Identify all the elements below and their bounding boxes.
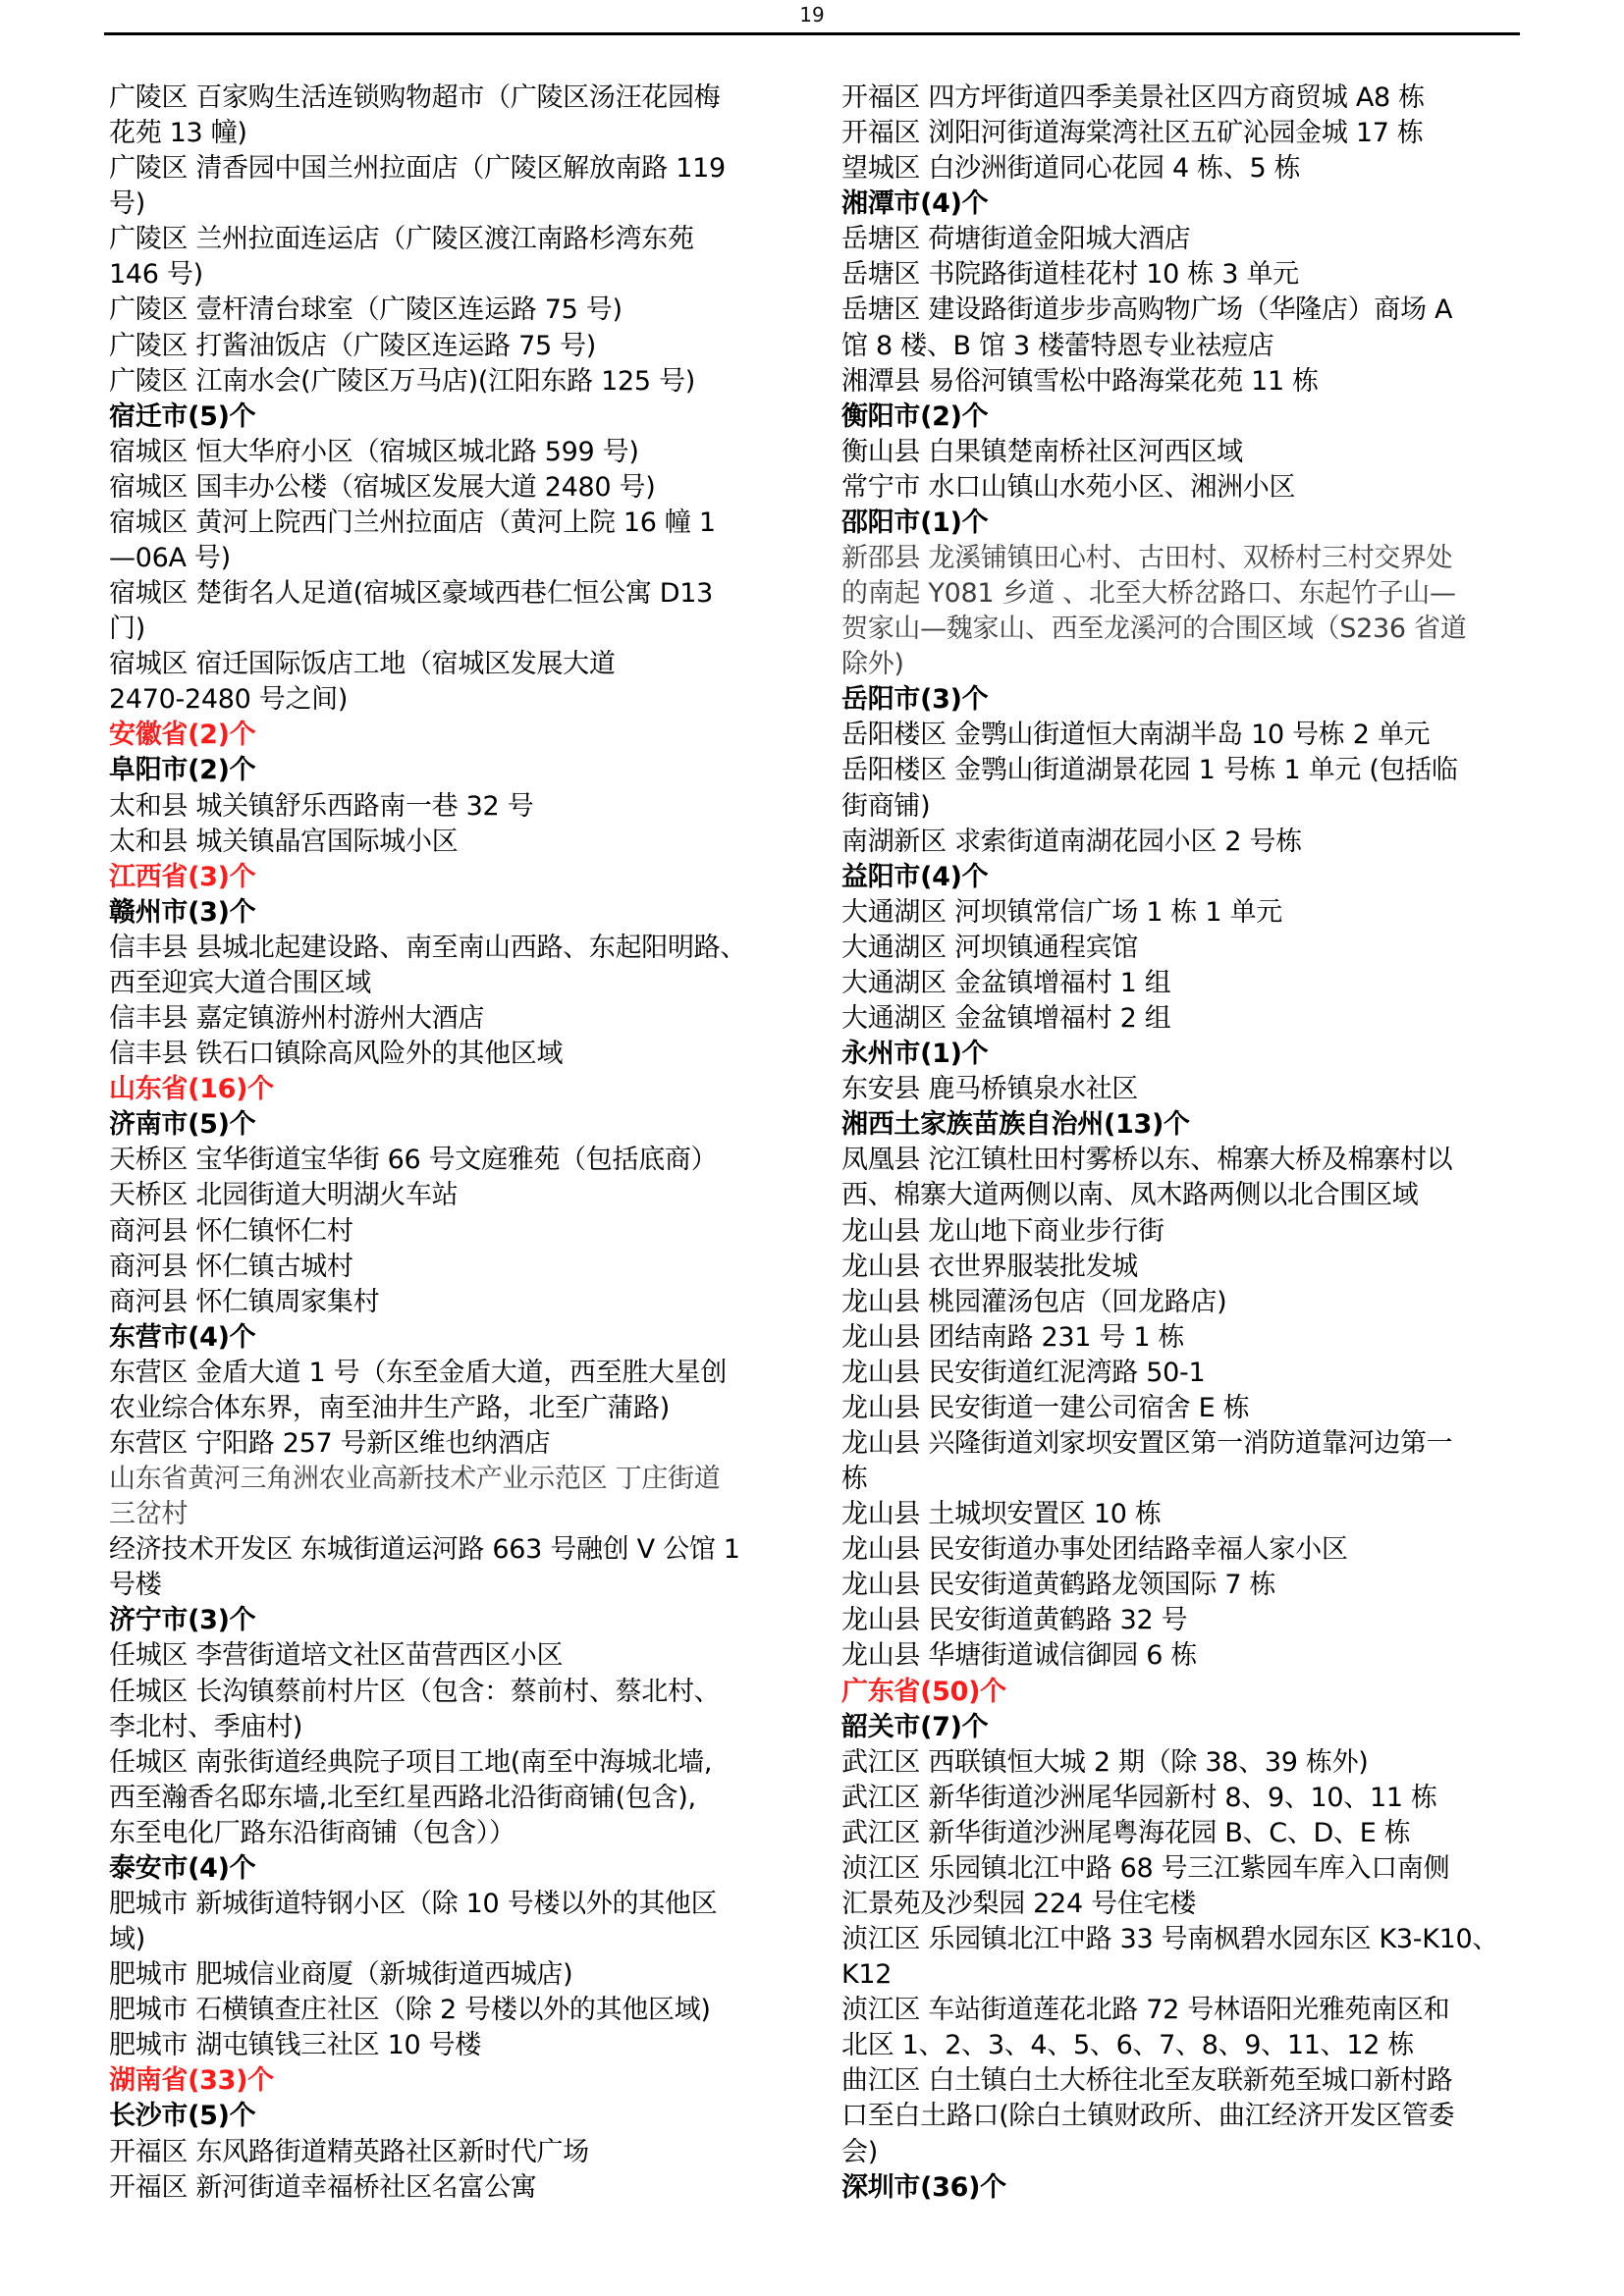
province-heading-line: 广东省(50)个 <box>841 1675 1548 1710</box>
city-heading-line: 永州市(1)个 <box>841 1037 1548 1072</box>
location-entry-line: 门) <box>109 612 816 647</box>
city-heading: 深圳市(36)个 <box>841 2170 1548 2206</box>
location-entry: 龙山县 桃园灌汤包店（回龙路店) <box>841 1285 1548 1320</box>
location-entry-line: 商河县 怀仁镇周家集村 <box>109 1285 816 1320</box>
location-entry: 商河县 怀仁镇怀仁村 <box>109 1214 816 1250</box>
location-entry-line: 街商铺) <box>841 789 1548 825</box>
location-entry: 龙山县 民安街道黄鹤路龙领国际 7 栋 <box>841 1568 1548 1603</box>
location-entry: 岳塘区 建设路街道步步高购物广场（华隆店）商场 A馆 8 楼、B 馆 3 楼蕾特… <box>841 293 1548 363</box>
location-entry: 岳阳楼区 金鹗山街道恒大南湖半岛 10 号栋 2 单元 <box>841 718 1548 753</box>
location-entry-line: 信丰县 嘉定镇游州村游州大酒店 <box>109 1001 816 1037</box>
location-entry-line: 广陵区 打酱油饭店（广陵区连运路 75 号) <box>109 329 816 364</box>
city-heading-line: 韶关市(7)个 <box>841 1710 1548 1745</box>
city-heading: 阜阳市(2)个 <box>109 753 816 788</box>
location-entry: 太和县 城关镇晶宫国际城小区 <box>109 825 816 860</box>
location-entry-line: 岳塘区 书院路街道桂花村 10 栋 3 单元 <box>841 257 1548 293</box>
city-heading-line: 岳阳市(3)个 <box>841 682 1548 718</box>
location-entry-line: K12 <box>841 1957 1548 1993</box>
city-heading-line: 湘潭市(4)个 <box>841 187 1548 222</box>
city-heading-line: 邵阳市(1)个 <box>841 506 1548 541</box>
location-entry-line: 天桥区 北园街道大明湖火车站 <box>109 1178 816 1213</box>
city-heading-line: 赣州市(3)个 <box>109 895 816 931</box>
location-entry-line: —06A 号) <box>109 541 816 576</box>
location-entry: 龙山县 华塘街道诚信御园 6 栋 <box>841 1638 1548 1674</box>
location-entry-line: 西、棉寨大道两侧以南、凤木路两侧以北合围区域 <box>841 1178 1548 1213</box>
location-entry-line: 宿城区 恒大华府小区（宿城区城北路 599 号) <box>109 435 816 470</box>
location-entry: 凤凰县 沱江镇杜田村雾桥以东、棉寨大桥及棉寨村以西、棉寨大道两侧以南、凤木路两侧… <box>841 1143 1548 1213</box>
location-entry-line: 宿城区 宿迁国际饭店工地（宿城区发展大道 <box>109 647 816 682</box>
city-heading: 益阳市(4)个 <box>841 860 1548 895</box>
location-entry: 岳塘区 书院路街道桂花村 10 栋 3 单元 <box>841 257 1548 293</box>
city-heading-line: 阜阳市(2)个 <box>109 753 816 788</box>
location-entry-line: 肥城市 湖屯镇钱三社区 10 号楼 <box>109 2028 816 2063</box>
location-entry: 龙山县 衣世界服装批发城 <box>841 1250 1548 1285</box>
location-entry: 岳阳楼区 金鹗山街道湖景花园 1 号栋 1 单元 (包括临街商铺) <box>841 753 1548 824</box>
location-entry-line: 开福区 四方坪街道四季美景社区四方商贸城 A8 栋 <box>841 80 1548 116</box>
location-entry-line: 岳阳楼区 金鹗山街道湖景花园 1 号栋 1 单元 (包括临 <box>841 753 1548 788</box>
location-entry-line: 栋 <box>841 1462 1548 1497</box>
location-entry-line: 除外) <box>841 647 1548 682</box>
location-entry-line: 开福区 新河街道幸福桥社区名富公寓 <box>109 2170 816 2206</box>
location-entry-line: 龙山县 兴隆街道刘家坝安置区第一消防道靠河边第一 <box>841 1426 1548 1462</box>
location-entry-line: 任城区 南张街道经典院子项目工地(南至中海城北墙, <box>109 1745 816 1781</box>
city-heading: 湘西土家族苗族自治州(13)个 <box>841 1107 1548 1143</box>
location-entry-line: 花苑 13 幢) <box>109 116 816 151</box>
location-entry-line: 武江区 西联镇恒大城 2 期（除 38、39 栋外) <box>841 1745 1548 1781</box>
location-entry-line: 商河县 怀仁镇古城村 <box>109 1250 816 1285</box>
location-entry-line: 汇景苑及沙梨园 224 号住宅楼 <box>841 1887 1548 1922</box>
location-entry: 广陵区 打酱油饭店（广陵区连运路 75 号) <box>109 329 816 364</box>
location-entry-line: 龙山县 民安街道办事处团结路幸福人家小区 <box>841 1532 1548 1568</box>
city-heading: 济宁市(3)个 <box>109 1603 816 1638</box>
city-heading-line: 衡阳市(2)个 <box>841 400 1548 435</box>
location-entry-line: 会) <box>841 2135 1548 2170</box>
location-entry: 龙山县 土城坝安置区 10 栋 <box>841 1497 1548 1532</box>
location-entry-line: 域) <box>109 1922 816 1957</box>
location-entry-line: 西至迎宾大道合围区域 <box>109 966 816 1001</box>
page-number: 19 <box>0 2 1624 27</box>
city-heading: 邵阳市(1)个 <box>841 506 1548 541</box>
location-entry: 广陵区 清香园中国兰州拉面店（广陵区解放南路 119号) <box>109 151 816 222</box>
location-entry-line: 146 号) <box>109 257 816 293</box>
location-entry: 宿城区 恒大华府小区（宿城区城北路 599 号) <box>109 435 816 470</box>
province-heading-line: 江西省(3)个 <box>109 860 816 895</box>
location-entry: 湘潭县 易俗河镇雪松中路海棠花苑 11 栋 <box>841 364 1548 400</box>
location-entry-line: 岳阳楼区 金鹗山街道恒大南湖半岛 10 号栋 2 单元 <box>841 718 1548 753</box>
location-entry-line: 东安县 鹿马桥镇泉水社区 <box>841 1072 1548 1107</box>
location-entry-line: 口至白土路口(除白土镇财政所、曲江经济开发区管委 <box>841 2099 1548 2134</box>
location-entry-line: 肥城市 石横镇查庄社区（除 2 号楼以外的其他区域) <box>109 1993 816 2028</box>
location-entry: 任城区 长沟镇蔡前村片区（包含：蔡前村、蔡北村、李北村、季庙村) <box>109 1675 816 1745</box>
location-entry: 开福区 浏阳河街道海棠湾社区五矿沁园金城 17 栋 <box>841 116 1548 151</box>
location-entry-line: 龙山县 民安街道黄鹤路 32 号 <box>841 1603 1548 1638</box>
location-entry-line: 大通湖区 金盆镇增福村 1 组 <box>841 966 1548 1001</box>
province-heading: 湖南省(33)个 <box>109 2063 816 2099</box>
location-entry: 浈江区 乐园镇北江中路 68 号三江紫园车库入口南侧汇景苑及沙梨园 224 号住… <box>841 1851 1548 1922</box>
location-entry-line: 广陵区 江南水会(广陵区万马店)(江阳东路 125 号) <box>109 364 816 400</box>
location-entry: 龙山县 民安街道黄鹤路 32 号 <box>841 1603 1548 1638</box>
province-heading: 安徽省(2)个 <box>109 718 816 753</box>
city-heading-line: 济宁市(3)个 <box>109 1603 816 1638</box>
location-entry-line: 岳塘区 建设路街道步步高购物广场（华隆店）商场 A <box>841 293 1548 328</box>
location-entry: 广陵区 壹杆清台球室（广陵区连运路 75 号) <box>109 293 816 328</box>
location-entry: 龙山县 民安街道红泥湾路 50-1 <box>841 1356 1548 1391</box>
location-entry: 商河县 怀仁镇周家集村 <box>109 1285 816 1320</box>
location-entry: 岳塘区 荷塘街道金阳城大酒店 <box>841 222 1548 257</box>
location-entry-line: 任城区 李营街道培文社区苗营西区小区 <box>109 1638 816 1674</box>
location-entry: 开福区 四方坪街道四季美景社区四方商贸城 A8 栋 <box>841 80 1548 116</box>
location-entry: 大通湖区 河坝镇通程宾馆 <box>841 931 1548 966</box>
location-entry: 武江区 西联镇恒大城 2 期（除 38、39 栋外) <box>841 1745 1548 1781</box>
location-entry-line: 武江区 新华街道沙洲尾粤海花园 B、C、D、E 栋 <box>841 1816 1548 1851</box>
location-entry-line: 龙山县 华塘街道诚信御园 6 栋 <box>841 1638 1548 1674</box>
city-heading: 衡阳市(2)个 <box>841 400 1548 435</box>
city-heading: 宿迁市(5)个 <box>109 400 816 435</box>
location-entry-line: 龙山县 桃园灌汤包店（回龙路店) <box>841 1285 1548 1320</box>
province-heading-line: 安徽省(2)个 <box>109 718 816 753</box>
city-heading: 永州市(1)个 <box>841 1037 1548 1072</box>
location-entry-line: 曲江区 白土镇白土大桥往北至友联新苑至城口新村路 <box>841 2063 1548 2099</box>
location-entry-line: 东至电化厂路东沿街商铺（包含）） <box>109 1816 816 1851</box>
location-entry-line: 开福区 浏阳河街道海棠湾社区五矿沁园金城 17 栋 <box>841 116 1548 151</box>
location-entry-line: 天桥区 宝华街道宝华街 66 号文庭雅苑（包括底商） <box>109 1143 816 1178</box>
location-entry: 肥城市 新城街道特钢小区（除 10 号楼以外的其他区域) <box>109 1887 816 1957</box>
location-entry-line: 肥城市 肥城信业商厦（新城街道西城店) <box>109 1957 816 1993</box>
location-entry: 望城区 白沙洲街道同心花园 4 栋、5 栋 <box>841 151 1548 187</box>
location-entry-line: 太和县 城关镇舒乐西路南一巷 32 号 <box>109 789 816 825</box>
location-entry: 任城区 李营街道培文社区苗营西区小区 <box>109 1638 816 1674</box>
location-entry: 大通湖区 金盆镇增福村 2 组 <box>841 1001 1548 1037</box>
location-entry: 龙山县 民安街道办事处团结路幸福人家小区 <box>841 1532 1548 1568</box>
city-heading: 东营市(4)个 <box>109 1320 816 1356</box>
location-entry: 龙山县 兴隆街道刘家坝安置区第一消防道靠河边第一栋 <box>841 1426 1548 1497</box>
location-entry-line: 大通湖区 河坝镇通程宾馆 <box>841 931 1548 966</box>
location-entry: 宿城区 楚街名人足道(宿城区豪域西巷仁恒公寓 D13门) <box>109 576 816 647</box>
city-heading-line: 深圳市(36)个 <box>841 2170 1548 2206</box>
location-entry-line: 号) <box>109 187 816 222</box>
location-entry-line: 龙山县 民安街道一建公司宿舍 E 栋 <box>841 1391 1548 1426</box>
location-entry: 南湖新区 求索街道南湖花园小区 2 号栋 <box>841 825 1548 860</box>
location-entry-line: 宿城区 黄河上院西门兰州拉面店（黄河上院 16 幢 1 <box>109 506 816 541</box>
location-entry-line: 武江区 新华街道沙洲尾华园新村 8、9、10、11 栋 <box>841 1781 1548 1816</box>
city-heading-line: 长沙市(5)个 <box>109 2099 816 2134</box>
location-entry-line: 凤凰县 沱江镇杜田村雾桥以东、棉寨大桥及棉寨村以 <box>841 1143 1548 1178</box>
location-entry-line: 广陵区 百家购生活连锁购物超市（广陵区汤汪花园梅 <box>109 80 816 116</box>
city-heading-line: 益阳市(4)个 <box>841 860 1548 895</box>
location-entry-line: 龙山县 龙山地下商业步行街 <box>841 1214 1548 1250</box>
location-entry-line: 农业综合体东界，南至油井生产路，北至广蒲路) <box>109 1391 816 1426</box>
province-heading: 江西省(3)个 <box>109 860 816 895</box>
location-entry: 太和县 城关镇舒乐西路南一巷 32 号 <box>109 789 816 825</box>
location-entry-line: 衡山县 白果镇楚南桥社区河西区域 <box>841 435 1548 470</box>
right-column: 开福区 四方坪街道四季美景社区四方商贸城 A8 栋开福区 浏阳河街道海棠湾社区五… <box>841 80 1548 2206</box>
location-entry: 大通湖区 金盆镇增福村 1 组 <box>841 966 1548 1001</box>
location-entry: 经济技术开发区 东城街道运河路 663 号融创 V 公馆 1号楼 <box>109 1532 816 1603</box>
location-entry: 宿城区 黄河上院西门兰州拉面店（黄河上院 16 幢 1—06A 号) <box>109 506 816 576</box>
city-heading: 湘潭市(4)个 <box>841 187 1548 222</box>
location-entry: 常宁市 水口山镇山水苑小区、湘洲小区 <box>841 470 1548 506</box>
location-entry: 肥城市 湖屯镇钱三社区 10 号楼 <box>109 2028 816 2063</box>
location-entry-line: 经济技术开发区 东城街道运河路 663 号融创 V 公馆 1 <box>109 1532 816 1568</box>
location-entry-line: 宿城区 国丰办公楼（宿城区发展大道 2480 号) <box>109 470 816 506</box>
city-heading: 岳阳市(3)个 <box>841 682 1548 718</box>
location-entry: 肥城市 肥城信业商厦（新城街道西城店) <box>109 1957 816 1993</box>
location-entry-line: 大通湖区 河坝镇常信广场 1 栋 1 单元 <box>841 895 1548 931</box>
city-heading-line: 泰安市(4)个 <box>109 1851 816 1887</box>
location-entry: 武江区 新华街道沙洲尾华园新村 8、9、10、11 栋 <box>841 1781 1548 1816</box>
location-entry: 山东省黄河三角洲农业高新技术产业示范区 丁庄街道三岔村 <box>109 1462 816 1532</box>
location-entry: 浈江区 乐园镇北江中路 33 号南枫碧水园东区 K3-K10、K12 <box>841 1922 1548 1993</box>
location-entry: 大通湖区 河坝镇常信广场 1 栋 1 单元 <box>841 895 1548 931</box>
location-entry-line: 岳塘区 荷塘街道金阳城大酒店 <box>841 222 1548 257</box>
location-entry: 武江区 新华街道沙洲尾粤海花园 B、C、D、E 栋 <box>841 1816 1548 1851</box>
location-entry: 天桥区 宝华街道宝华街 66 号文庭雅苑（包括底商） <box>109 1143 816 1178</box>
location-entry-line: 浈江区 乐园镇北江中路 33 号南枫碧水园东区 K3-K10、 <box>841 1922 1548 1957</box>
location-entry-line: 望城区 白沙洲街道同心花园 4 栋、5 栋 <box>841 151 1548 187</box>
location-entry-line: 常宁市 水口山镇山水苑小区、湘洲小区 <box>841 470 1548 506</box>
location-entry: 信丰县 铁石口镇除高风险外的其他区域 <box>109 1037 816 1072</box>
location-entry-line: 广陵区 兰州拉面连运店（广陵区渡江南路杉湾东苑 <box>109 222 816 257</box>
location-entry-line: 南湖新区 求索街道南湖花园小区 2 号栋 <box>841 825 1548 860</box>
location-entry-line: 西至瀚香名邸东墙,北至红星西路北沿街商铺(包含), <box>109 1781 816 1816</box>
location-entry: 广陵区 江南水会(广陵区万马店)(江阳东路 125 号) <box>109 364 816 400</box>
location-entry: 曲江区 白土镇白土大桥往北至友联新苑至城口新村路口至白土路口(除白土镇财政所、曲… <box>841 2063 1548 2169</box>
location-entry-line: 大通湖区 金盆镇增福村 2 组 <box>841 1001 1548 1037</box>
city-heading: 韶关市(7)个 <box>841 1710 1548 1745</box>
location-entry-line: 东营区 金盾大道 1 号（东至金盾大道，西至胜大星创 <box>109 1356 816 1391</box>
province-heading: 广东省(50)个 <box>841 1675 1548 1710</box>
location-entry-line: 李北村、季庙村) <box>109 1710 816 1745</box>
location-entry-line: 的南起 Y081 乡道 、北至大桥岔路口、东起竹子山— <box>841 576 1548 612</box>
location-entry-line: 三岔村 <box>109 1497 816 1532</box>
header-rule <box>104 32 1520 35</box>
location-entry-line: 号楼 <box>109 1568 816 1603</box>
location-entry: 龙山县 龙山地下商业步行街 <box>841 1214 1548 1250</box>
location-entry-line: 肥城市 新城街道特钢小区（除 10 号楼以外的其他区 <box>109 1887 816 1922</box>
province-heading-line: 湖南省(33)个 <box>109 2063 816 2099</box>
location-entry-line: 开福区 东风路街道精英路社区新时代广场 <box>109 2135 816 2170</box>
location-entry: 浈江区 车站街道莲花北路 72 号林语阳光雅苑南区和北区 1、2、3、4、5、6… <box>841 1993 1548 2063</box>
city-heading: 济南市(5)个 <box>109 1107 816 1143</box>
location-entry-line: 任城区 长沟镇蔡前村片区（包含：蔡前村、蔡北村、 <box>109 1675 816 1710</box>
city-heading-line: 济南市(5)个 <box>109 1107 816 1143</box>
location-entry-line: 信丰县 铁石口镇除高风险外的其他区域 <box>109 1037 816 1072</box>
location-entry: 龙山县 民安街道一建公司宿舍 E 栋 <box>841 1391 1548 1426</box>
location-entry: 肥城市 石横镇查庄社区（除 2 号楼以外的其他区域) <box>109 1993 816 2028</box>
location-entry-line: 馆 8 楼、B 馆 3 楼蕾特恩专业祛痘店 <box>841 329 1548 364</box>
location-entry-line: 浈江区 乐园镇北江中路 68 号三江紫园车库入口南侧 <box>841 1851 1548 1887</box>
location-entry-line: 龙山县 团结南路 231 号 1 栋 <box>841 1320 1548 1356</box>
city-heading: 赣州市(3)个 <box>109 895 816 931</box>
location-entry: 广陵区 百家购生活连锁购物超市（广陵区汤汪花园梅花苑 13 幢) <box>109 80 816 151</box>
location-entry-line: 宿城区 楚街名人足道(宿城区豪域西巷仁恒公寓 D13 <box>109 576 816 612</box>
location-entry: 信丰县 县城北起建设路、南至南山西路、东起阳明路、西至迎宾大道合围区域 <box>109 931 816 1001</box>
location-entry-line: 信丰县 县城北起建设路、南至南山西路、东起阳明路、 <box>109 931 816 966</box>
location-entry-line: 山东省黄河三角洲农业高新技术产业示范区 丁庄街道 <box>109 1462 816 1497</box>
location-entry-line: 湘潭县 易俗河镇雪松中路海棠花苑 11 栋 <box>841 364 1548 400</box>
location-entry-line: 广陵区 清香园中国兰州拉面店（广陵区解放南路 119 <box>109 151 816 187</box>
location-entry: 东安县 鹿马桥镇泉水社区 <box>841 1072 1548 1107</box>
location-entry-line: 北区 1、2、3、4、5、6、7、8、9、11、12 栋 <box>841 2028 1548 2063</box>
location-entry-line: 龙山县 衣世界服装批发城 <box>841 1250 1548 1285</box>
location-entry: 衡山县 白果镇楚南桥社区河西区域 <box>841 435 1548 470</box>
province-heading: 山东省(16)个 <box>109 1072 816 1107</box>
location-entry: 龙山县 团结南路 231 号 1 栋 <box>841 1320 1548 1356</box>
location-entry-line: 东营区 宁阳路 257 号新区维也纳酒店 <box>109 1426 816 1462</box>
location-entry-line: 龙山县 土城坝安置区 10 栋 <box>841 1497 1548 1532</box>
location-entry-line: 龙山县 民安街道红泥湾路 50-1 <box>841 1356 1548 1391</box>
city-heading-line: 东营市(4)个 <box>109 1320 816 1356</box>
location-entry: 任城区 南张街道经典院子项目工地(南至中海城北墙,西至瀚香名邸东墙,北至红星西路… <box>109 1745 816 1851</box>
location-entry-line: 2470-2480 号之间) <box>109 682 816 718</box>
location-entry-line: 新邵县 龙溪铺镇田心村、古田村、双桥村三村交界处 <box>841 541 1548 576</box>
location-entry-line: 商河县 怀仁镇怀仁村 <box>109 1214 816 1250</box>
city-heading-line: 湘西土家族苗族自治州(13)个 <box>841 1107 1548 1143</box>
city-heading: 泰安市(4)个 <box>109 1851 816 1887</box>
location-entry-line: 浈江区 车站街道莲花北路 72 号林语阳光雅苑南区和 <box>841 1993 1548 2028</box>
location-entry: 商河县 怀仁镇古城村 <box>109 1250 816 1285</box>
location-entry: 宿城区 宿迁国际饭店工地（宿城区发展大道2470-2480 号之间) <box>109 647 816 718</box>
location-entry-line: 太和县 城关镇晶宫国际城小区 <box>109 825 816 860</box>
province-heading-line: 山东省(16)个 <box>109 1072 816 1107</box>
location-entry: 东营区 金盾大道 1 号（东至金盾大道，西至胜大星创农业综合体东界，南至油井生产… <box>109 1356 816 1426</box>
city-heading: 长沙市(5)个 <box>109 2099 816 2134</box>
location-entry-line: 贺家山—魏家山、西至龙溪河的合围区域（S236 省道 <box>841 612 1548 647</box>
location-entry: 宿城区 国丰办公楼（宿城区发展大道 2480 号) <box>109 470 816 506</box>
location-entry: 广陵区 兰州拉面连运店（广陵区渡江南路杉湾东苑146 号) <box>109 222 816 293</box>
location-entry: 开福区 新河街道幸福桥社区名富公寓 <box>109 2170 816 2206</box>
location-entry-line: 龙山县 民安街道黄鹤路龙领国际 7 栋 <box>841 1568 1548 1603</box>
city-heading-line: 宿迁市(5)个 <box>109 400 816 435</box>
location-entry: 天桥区 北园街道大明湖火车站 <box>109 1178 816 1213</box>
location-entry: 新邵县 龙溪铺镇田心村、古田村、双桥村三村交界处的南起 Y081 乡道 、北至大… <box>841 541 1548 682</box>
location-entry: 东营区 宁阳路 257 号新区维也纳酒店 <box>109 1426 816 1462</box>
location-entry: 信丰县 嘉定镇游州村游州大酒店 <box>109 1001 816 1037</box>
left-column: 广陵区 百家购生活连锁购物超市（广陵区汤汪花园梅花苑 13 幢)广陵区 清香园中… <box>109 80 816 2206</box>
location-entry: 开福区 东风路街道精英路社区新时代广场 <box>109 2135 816 2170</box>
location-entry-line: 广陵区 壹杆清台球室（广陵区连运路 75 号) <box>109 293 816 328</box>
